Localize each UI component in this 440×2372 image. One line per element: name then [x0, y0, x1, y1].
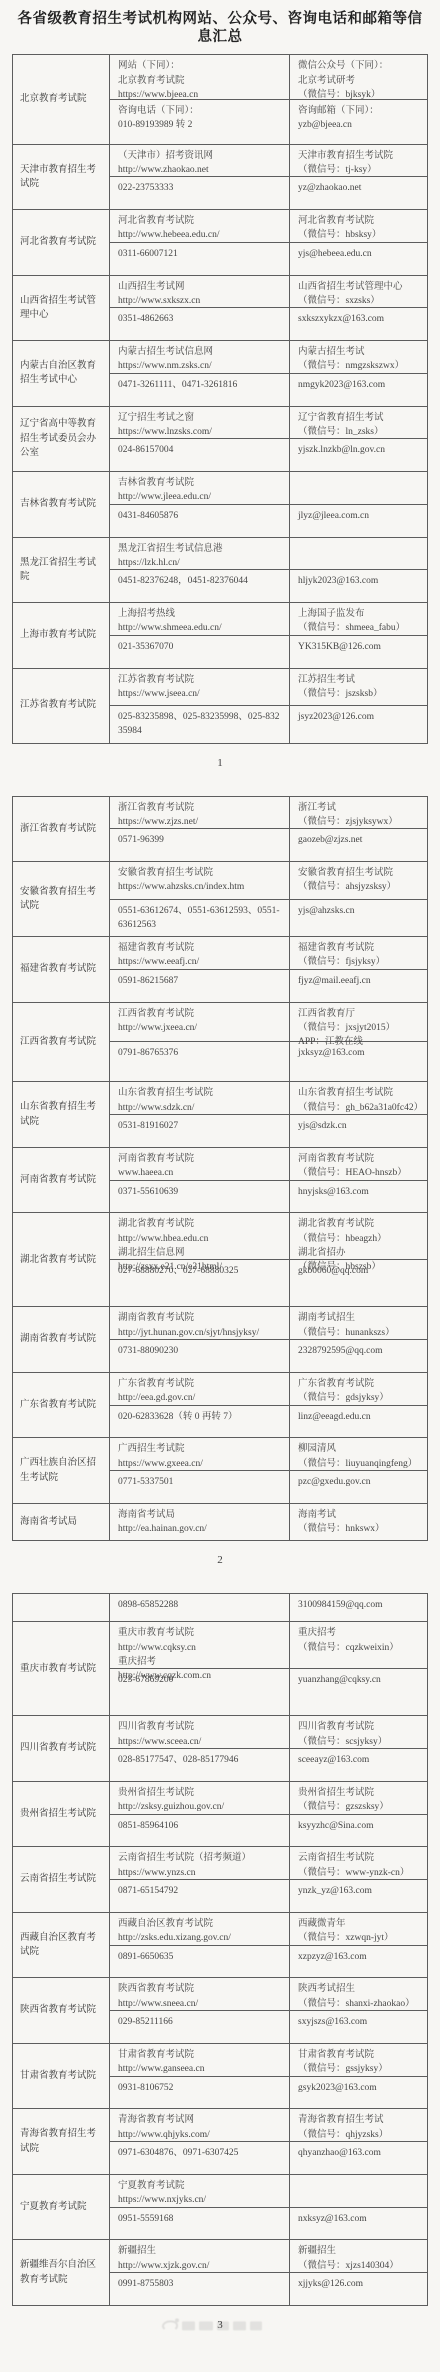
institution-name: 海南省考试局: [13, 1504, 110, 1541]
row-details: 广东省教育考试院 http://eea.gd.gov.cn/ 广东省教育考试院 …: [110, 1373, 427, 1438]
website-wechat-subrow: 广东省教育考试院 http://eea.gd.gov.cn/ 广东省教育考试院 …: [110, 1373, 427, 1406]
website-cell: 新疆招生 http://www.xjzk.gov.cn/: [110, 2240, 290, 2272]
phone-email-subrow: 咨询电话（下同）： 010-89193989 转 2 咨询邮箱（下同）： yzb…: [110, 100, 427, 144]
institution-name: 河北省教育考试院: [13, 210, 110, 275]
wechat-cell: 福建省教育考试院 （微信号：fjsjyksy）: [290, 937, 427, 969]
phone-email-subrow: 0571-96399 gaozeb@zjzs.net: [110, 829, 427, 861]
email-cell: nxksyz@163.com: [290, 2208, 427, 2240]
phone-cell: 0871-65154792: [110, 1880, 290, 1912]
table-row: 吉林省教育考试院 吉林省教育考试院 http://www.jleea.edu.c…: [13, 472, 427, 538]
wechat-cell: 四川省教育考试院 （微信号：scsjyksy）: [290, 1716, 427, 1748]
website-wechat-subrow: 湖南省教育考试院 http://jyt.hunan.gov.cn/sjyt/hn…: [110, 1307, 427, 1340]
wechat-cell: 上海国子监发布 （微信号：shmeea_fabu）: [290, 603, 427, 635]
website-cell: 山西招生考试网 http://www.sxkszx.cn: [110, 276, 290, 308]
website-wechat-subrow: 吉林省教育考试院 http://www.jleea.edu.cn/: [110, 472, 427, 505]
email-cell: gkb0060@qq.com: [290, 1260, 427, 1306]
phone-cell: 022-23753333: [110, 177, 290, 209]
website-wechat-subrow: 上海招考热线 http://www.shmeea.edu.cn/ 上海国子监发布…: [110, 603, 427, 636]
table-row: 辽宁省高中等教育招生考试委员会办公室 辽宁招生考试之窗 https://www.…: [13, 407, 427, 473]
page: 0898-65852288 3100984159@qq.com 重庆市教育考试院…: [12, 1593, 428, 2340]
website-cell: 内蒙古招生考试信息网 https://www.nm.zsks.cn/: [110, 341, 290, 373]
website-wechat-subrow: 辽宁招生考试之窗 https://www.lnzsks.com/ 辽宁省教育招生…: [110, 407, 427, 440]
institution-name: 福建省教育考试院: [13, 937, 110, 1002]
wechat-cell: 湖北省教育考试院 （微信号：hbeagzh） 湖北省招办 （微信号：hbszsb…: [290, 1213, 427, 1259]
website-wechat-subrow: 河北省教育考试院 http://www.hebeea.edu.cn/ 河北省教育…: [110, 210, 427, 243]
website-cell: 江苏省教育考试院 https://www.jseea.cn/: [110, 669, 290, 706]
row-details: 贵州省招生考试院 http://zsksy.guizhou.gov.cn/ 贵州…: [110, 1782, 427, 1847]
table-row: 福建省教育考试院 福建省教育考试院 https://www.eeafj.cn/ …: [13, 937, 427, 1003]
institution-name: 云南省招生考试院: [13, 1847, 110, 1912]
phone-cell: 027-68880270、027-68880325: [110, 1260, 290, 1306]
phone-cell: 0591-86215687: [110, 970, 290, 1002]
phone-email-subrow: 0991-8755803 xjjyks@126.com: [110, 2273, 427, 2305]
table-row: 重庆市教育考试院 重庆市教育考试院 http://www.cqksy.cn 重庆…: [13, 1622, 427, 1716]
table-row: 上海市教育考试院 上海招考热线 http://www.shmeea.edu.cn…: [13, 603, 427, 669]
row-details: 甘肃省教育考试院 http://www.ganseea.cn 甘肃省教育考试院 …: [110, 2044, 427, 2109]
phone-cell: 0551-63612674、0551-63612593、0551-6361256…: [110, 900, 290, 937]
website-cell: 辽宁招生考试之窗 https://www.lnzsks.com/: [110, 407, 290, 439]
row-details: 吉林省教育考试院 http://www.jleea.edu.cn/ 0431-8…: [110, 472, 427, 537]
table-row: 北京教育考试院 网站（下同）： 北京教育考试院 https://www.bjee…: [13, 55, 427, 144]
phone-cell: 028-85177547、028-85177946: [110, 1749, 290, 1781]
institution-name: 湖北省教育考试院: [13, 1213, 110, 1306]
website-cell: 河北省教育考试院 http://www.hebeea.edu.cn/: [110, 210, 290, 242]
row-details: 四川省教育考试院 https://www.sceea.cn/ 四川省教育考试院 …: [110, 1716, 427, 1781]
phone-cell: 0531-81916027: [110, 1115, 290, 1147]
table-row: 山西省招生考试管理中心 山西招生考试网 http://www.sxkszx.cn…: [13, 276, 427, 342]
phone-cell: 025-83235898、025-83235998、025-83235984: [110, 706, 290, 743]
website-cell: 甘肃省教育考试院 http://www.ganseea.cn: [110, 2044, 290, 2076]
website-cell: （天津市）招考资讯网 http://www.zhaokao.net: [110, 145, 290, 177]
table-row: 天津市教育招生考试院 （天津市）招考资讯网 http://www.zhaokao…: [13, 145, 427, 211]
wechat-cell: 江苏招生考试 （微信号：jszsksb）: [290, 669, 427, 706]
phone-email-subrow: 023-67869200 yuanzhang@cqksy.cn: [110, 1669, 427, 1715]
email-cell: yjs@sdzk.cn: [290, 1115, 427, 1147]
email-cell: ynzk_yz@163.com: [290, 1880, 427, 1912]
website-cell: 贵州省招生考试院 http://zsksy.guizhou.gov.cn/: [110, 1782, 290, 1814]
table-row: 河南省教育考试院 河南省教育考试院 www.haeea.cn 河南省教育考试院 …: [13, 1148, 427, 1214]
row-details: 宁夏教育考试院 https://www.nxjyks.cn/ 0951-5559…: [110, 2175, 427, 2240]
table-row: 宁夏教育考试院 宁夏教育考试院 https://www.nxjyks.cn/ 0…: [13, 2175, 427, 2241]
phone-email-subrow: 0771-5337501 pzc@gxedu.gov.cn: [110, 1471, 427, 1503]
document: 各省级教育招生考试机构网站、公众号、咨询电话和邮箱等信息汇总 北京教育考试院 网…: [0, 0, 440, 2372]
website-cell: 广东省教育考试院 http://eea.gd.gov.cn/: [110, 1373, 290, 1405]
table-row: 内蒙古自治区教育招生考试中心 内蒙古招生考试信息网 https://www.nm…: [13, 341, 427, 407]
row-details: 青海省教育考试网 http://www.qhjyks.com/ 青海省教育招生考…: [110, 2109, 427, 2174]
email-cell: gsyk2023@163.com: [290, 2077, 427, 2109]
table-row: 浙江省教育考试院 浙江省教育考试院 https://www.zjzs.net/ …: [13, 797, 427, 863]
email-cell: yjs@ahzsks.cn: [290, 900, 427, 937]
row-details: 江西省教育考试院 http://www.jxeea.cn/ 江西省教育厅 （微信…: [110, 1003, 427, 1082]
institution-name: 宁夏教育考试院: [13, 2175, 110, 2240]
email-cell: 2328792595@qq.com: [290, 1340, 427, 1372]
phone-cell: 020-62833628（转 0 再转 7）: [110, 1406, 290, 1438]
email-cell: yjs@hebeea.edu.cn: [290, 243, 427, 275]
wechat-cell: 内蒙古招生考试 （微信号：nmgzskszwx）: [290, 341, 427, 373]
phone-cell: 0431-84605876: [110, 505, 290, 537]
email-cell: jsyz2023@126.com: [290, 706, 427, 743]
row-details: 黑龙江省招生考试信息港 https://lzk.hl.cn/ 0451-8237…: [110, 538, 427, 603]
page: 浙江省教育考试院 浙江省教育考试院 https://www.zjzs.net/ …: [12, 796, 428, 1576]
phone-email-subrow: 025-83235898、025-83235998、025-83235984 j…: [110, 706, 427, 743]
email-cell: yuanzhang@cqksy.cn: [290, 1669, 427, 1715]
website-wechat-subrow: 安徽省教育招生考试院 https://www.ahzsks.cn/index.h…: [110, 862, 427, 900]
phone-cell: 0791-86765376: [110, 1042, 290, 1081]
table-row: 湖南省教育考试院 湖南省教育考试院 http://jyt.hunan.gov.c…: [13, 1307, 427, 1373]
table-row: 江苏省教育考试院 江苏省教育考试院 https://www.jseea.cn/ …: [13, 669, 427, 743]
website-cell: 重庆市教育考试院 http://www.cqksy.cn 重庆招考 http:/…: [110, 1622, 290, 1668]
institution-name: 上海市教育考试院: [13, 603, 110, 668]
website-wechat-subrow: 湖北省教育考试院 http://www.hbea.edu.cn 湖北招生信息网 …: [110, 1213, 427, 1260]
row-details: 河南省教育考试院 www.haeea.cn 河南省教育考试院 （微信号：HEAO…: [110, 1148, 427, 1213]
phone-cell: 024-86157004: [110, 439, 290, 471]
row-details: 湖南省教育考试院 http://jyt.hunan.gov.cn/sjyt/hn…: [110, 1307, 427, 1372]
email-cell: jxksyz@163.com: [290, 1042, 427, 1081]
institution-name: 吉林省教育考试院: [13, 472, 110, 537]
wechat-cell: 江西省教育厅 （微信号：jxsjyt2015） APP：江教在线: [290, 1003, 427, 1042]
phone-cell: 0991-8755803: [110, 2273, 290, 2305]
website-wechat-subrow: 青海省教育考试网 http://www.qhjyks.com/ 青海省教育招生考…: [110, 2109, 427, 2142]
row-details: 内蒙古招生考试信息网 https://www.nm.zsks.cn/ 内蒙古招生…: [110, 341, 427, 406]
institution-name: 陕西省教育考试院: [13, 1978, 110, 2043]
website-wechat-subrow: 陕西省教育考试院 http://www.sneea.cn/ 陕西考试招生 （微信…: [110, 1978, 427, 2011]
institution-name: 江苏省教育考试院: [13, 669, 110, 743]
institution-name: 安徽省教育招生考试院: [13, 862, 110, 936]
row-details: 0898-65852288 3100984159@qq.com: [110, 1594, 427, 1621]
phone-email-subrow: 0898-65852288 3100984159@qq.com: [110, 1594, 427, 1621]
page-footer: 1: [12, 748, 428, 778]
website-cell: 福建省教育考试院 https://www.eeafj.cn/: [110, 937, 290, 969]
info-table: 0898-65852288 3100984159@qq.com 重庆市教育考试院…: [12, 1593, 428, 2306]
page-footer: 2: [12, 1545, 428, 1575]
website-cell: 上海招考热线 http://www.shmeea.edu.cn/: [110, 603, 290, 635]
phone-email-subrow: 0451-82376248，0451-82376044 hljyk2023@16…: [110, 570, 427, 602]
page-number: 2: [217, 1554, 223, 1566]
website-wechat-subrow: 重庆市教育考试院 http://www.cqksy.cn 重庆招考 http:/…: [110, 1622, 427, 1669]
phone-cell: 0731-88090230: [110, 1340, 290, 1372]
row-details: 新疆招生 http://www.xjzk.gov.cn/ 新疆招生 （微信号：x…: [110, 2240, 427, 2305]
website-wechat-subrow: 云南省招生考试院（招考频道） https://www.ynzs.cn 云南省招生…: [110, 1847, 427, 1880]
website-cell: 山东省教育招生考试院 http://www.sdzk.cn/: [110, 1082, 290, 1114]
phone-cell: 0891-6650635: [110, 1946, 290, 1978]
table-row: 安徽省教育招生考试院 安徽省教育招生考试院 https://www.ahzsks…: [13, 862, 427, 937]
email-cell: yjszk.lnzkb@ln.gov.cn: [290, 439, 427, 471]
website-cell: 宁夏教育考试院 https://www.nxjyks.cn/: [110, 2175, 290, 2207]
institution-name: 广东省教育考试院: [13, 1373, 110, 1438]
row-details: 陕西省教育考试院 http://www.sneea.cn/ 陕西考试招生 （微信…: [110, 1978, 427, 2043]
website-cell: 浙江省教育考试院 https://www.zjzs.net/: [110, 797, 290, 829]
phone-cell: 0931-8106752: [110, 2077, 290, 2109]
row-details: 西藏自治区教育考试院 http://zsks.edu.xizang.gov.cn…: [110, 1913, 427, 1978]
website-cell: 湖北省教育考试院 http://www.hbea.edu.cn 湖北招生信息网 …: [110, 1213, 290, 1259]
wechat-cell: 河北省教育考试院 （微信号：hbsksy）: [290, 210, 427, 242]
wechat-cell: 山西省招生考试管理中心 （微信号：sxzsks）: [290, 276, 427, 308]
wechat-cell: 西藏微青年 （微信号：xzwqn-jyt）: [290, 1913, 427, 1945]
email-cell: 咨询邮箱（下同）： yzb@bjeea.cn: [290, 100, 427, 144]
table-row: 贵州省招生考试院 贵州省招生考试院 http://zsksy.guizhou.g…: [13, 1782, 427, 1848]
website-wechat-subrow: 江西省教育考试院 http://www.jxeea.cn/ 江西省教育厅 （微信…: [110, 1003, 427, 1043]
info-table: 浙江省教育考试院 浙江省教育考试院 https://www.zjzs.net/ …: [12, 796, 428, 1542]
phone-email-subrow: 0371-55610639 hnyjsks@163.com: [110, 1181, 427, 1213]
wechat-cell: [290, 472, 427, 504]
website-wechat-subrow: 宁夏教育考试院 https://www.nxjyks.cn/: [110, 2175, 427, 2208]
wechat-cell: 安徽省教育招生考试院 （微信号：ahsjyzsksy）: [290, 862, 427, 899]
email-cell: qhyanzhao@163.com: [290, 2142, 427, 2174]
page-footer: 3: [12, 2310, 428, 2340]
row-details: 海南省考试局 http://ea.hainan.gov.cn/ 海南考试 （微信…: [110, 1504, 427, 1541]
wechat-cell: 贵州省招生考试院 （微信号：gzszsksy）: [290, 1782, 427, 1814]
website-wechat-subrow: 浙江省教育考试院 https://www.zjzs.net/ 浙江考试 （微信号…: [110, 797, 427, 830]
phone-email-subrow: 0531-81916027 yjs@sdzk.cn: [110, 1115, 427, 1147]
wechat-cell: [290, 2175, 427, 2207]
institution-name: 新疆维吾尔自治区教育考试院: [13, 2240, 110, 2305]
table-row: 甘肃省教育考试院 甘肃省教育考试院 http://www.ganseea.cn …: [13, 2044, 427, 2110]
website-cell: 广西招生考试院 https://www.gxeea.cn/: [110, 1438, 290, 1470]
phone-cell: 0898-65852288: [110, 1594, 290, 1621]
table-row: 陕西省教育考试院 陕西省教育考试院 http://www.sneea.cn/ 陕…: [13, 1978, 427, 2044]
wechat-cell: 青海省教育招生考试 （微信号：qhjyzsks）: [290, 2109, 427, 2141]
wechat-cell: 广东省教育考试院 （微信号：gdsjyksy）: [290, 1373, 427, 1405]
institution-name: 青海省教育招生考试院: [13, 2109, 110, 2174]
phone-cell: 0951-5559168: [110, 2208, 290, 2240]
wechat-cell: 海南考试 （微信号：hnkswx）: [290, 1504, 427, 1541]
table-row: 山东省教育招生考试院 山东省教育招生考试院 http://www.sdzk.cn…: [13, 1082, 427, 1148]
website-wechat-subrow: 贵州省招生考试院 http://zsksy.guizhou.gov.cn/ 贵州…: [110, 1782, 427, 1815]
wechat-cell: 辽宁省教育招生考试 （微信号：ln_zsks）: [290, 407, 427, 439]
phone-email-subrow: 028-85177547、028-85177946 sceeayz@163.co…: [110, 1749, 427, 1781]
wechat-cell: 新疆招生 （微信号：xjzs140304）: [290, 2240, 427, 2272]
info-table: 北京教育考试院 网站（下同）： 北京教育考试院 https://www.bjee…: [12, 54, 428, 743]
phone-email-subrow: 0871-65154792 ynzk_yz@163.com: [110, 1880, 427, 1912]
phone-email-subrow: 024-86157004 yjszk.lnzkb@ln.gov.cn: [110, 439, 427, 471]
row-details: 江苏省教育考试院 https://www.jseea.cn/ 江苏招生考试 （微…: [110, 669, 427, 743]
phone-email-subrow: 0591-86215687 fjyz@mail.eeafj.cn: [110, 970, 427, 1002]
website-wechat-subrow: 海南省考试局 http://ea.hainan.gov.cn/ 海南考试 （微信…: [110, 1504, 427, 1541]
website-cell: 河南省教育考试院 www.haeea.cn: [110, 1148, 290, 1180]
institution-name: 广西壮族自治区招生考试院: [13, 1438, 110, 1503]
phone-email-subrow: 020-62833628（转 0 再转 7） linz@eeagd.edu.cn: [110, 1406, 427, 1438]
row-details: 浙江省教育考试院 https://www.zjzs.net/ 浙江考试 （微信号…: [110, 797, 427, 862]
wechat-cell: 陕西考试招生 （微信号：shanxi-zhaokao）: [290, 1978, 427, 2010]
email-cell: hnyjsks@163.com: [290, 1181, 427, 1213]
institution-name: 辽宁省高中等教育招生考试委员会办公室: [13, 407, 110, 472]
email-cell: sxyjszs@163.com: [290, 2011, 427, 2043]
row-details: 辽宁招生考试之窗 https://www.lnzsks.com/ 辽宁省教育招生…: [110, 407, 427, 472]
email-cell: nmgyk2023@163.com: [290, 374, 427, 406]
email-cell: sceeayz@163.com: [290, 1749, 427, 1781]
website-wechat-subrow: 江苏省教育考试院 https://www.jseea.cn/ 江苏招生考试 （微…: [110, 669, 427, 707]
phone-email-subrow: 021-35367070 YK315KB@126.com: [110, 636, 427, 668]
phone-cell: 0371-55610639: [110, 1181, 290, 1213]
website-cell: 西藏自治区教育考试院 http://zsks.edu.xizang.gov.cn…: [110, 1913, 290, 1945]
website-wechat-subrow: 西藏自治区教育考试院 http://zsks.edu.xizang.gov.cn…: [110, 1913, 427, 1946]
institution-name: 天津市教育招生考试院: [13, 145, 110, 210]
phone-email-subrow: 0551-63612674、0551-63612593、0551-6361256…: [110, 900, 427, 937]
email-cell: xjjyks@126.com: [290, 2273, 427, 2305]
document-title: 各省级教育招生考试机构网站、公众号、咨询电话和邮箱等信息汇总: [12, 6, 428, 54]
row-details: 云南省招生考试院（招考频道） https://www.ynzs.cn 云南省招生…: [110, 1847, 427, 1912]
phone-email-subrow: 0891-6650635 xzpzyz@163.com: [110, 1946, 427, 1978]
row-details: 网站（下同）： 北京教育考试院 https://www.bjeea.cn 微信公…: [110, 55, 427, 143]
wechat-cell: 湖南考试招生 （微信号：hunankszs）: [290, 1307, 427, 1339]
row-details: 湖北省教育考试院 http://www.hbea.edu.cn 湖北招生信息网 …: [110, 1213, 427, 1306]
phone-email-subrow: 0851-85964106 ksyyzhc@Sina.com: [110, 1815, 427, 1847]
email-cell: yz@zhaokao.net: [290, 177, 427, 209]
website-cell: 安徽省教育招生考试院 https://www.ahzsks.cn/index.h…: [110, 862, 290, 899]
phone-email-subrow: 0731-88090230 2328792595@qq.com: [110, 1340, 427, 1372]
website-wechat-subrow: 山西招生考试网 http://www.sxkszx.cn 山西省招生考试管理中心…: [110, 276, 427, 309]
email-cell: 3100984159@qq.com: [290, 1594, 427, 1621]
wechat-cell: 山东省教育招生考试院 （微信号：gh_b62a31a0fc42）: [290, 1082, 427, 1114]
institution-name: 江西省教育考试院: [13, 1003, 110, 1082]
phone-email-subrow: 0971-6304876、0971-6307425 qhyanzhao@163.…: [110, 2142, 427, 2174]
website-cell: 四川省教育考试院 https://www.sceea.cn/: [110, 1716, 290, 1748]
phone-email-subrow: 0471-3261111、0471-3261816 nmgyk2023@163.…: [110, 374, 427, 406]
phone-cell: 0851-85964106: [110, 1815, 290, 1847]
institution-name: [13, 1594, 110, 1621]
row-details: 广西招生考试院 https://www.gxeea.cn/ 柳园清风 （微信号：…: [110, 1438, 427, 1503]
website-wechat-subrow: 广西招生考试院 https://www.gxeea.cn/ 柳园清风 （微信号：…: [110, 1438, 427, 1471]
email-cell: xzpzyz@163.com: [290, 1946, 427, 1978]
institution-name: 黑龙江省招生考试院: [13, 538, 110, 603]
website-wechat-subrow: 山东省教育招生考试院 http://www.sdzk.cn/ 山东省教育招生考试…: [110, 1082, 427, 1115]
page: 北京教育考试院 网站（下同）： 北京教育考试院 https://www.bjee…: [12, 54, 428, 777]
phone-email-subrow: 0931-8106752 gsyk2023@163.com: [110, 2077, 427, 2109]
phone-cell: 0971-6304876、0971-6307425: [110, 2142, 290, 2174]
table-row: 海南省考试局 海南省考试局 http://ea.hainan.gov.cn/ 海…: [13, 1504, 427, 1541]
table-row: 0898-65852288 3100984159@qq.com: [13, 1594, 427, 1622]
institution-name: 重庆市教育考试院: [13, 1622, 110, 1715]
weibo-watermark-icon: [162, 2320, 262, 2331]
email-cell: linz@eeagd.edu.cn: [290, 1406, 427, 1438]
phone-email-subrow: 0951-5559168 nxksyz@163.com: [110, 2208, 427, 2240]
phone-cell: 021-35367070: [110, 636, 290, 668]
row-details: 上海招考热线 http://www.shmeea.edu.cn/ 上海国子监发布…: [110, 603, 427, 668]
table-row: 青海省教育招生考试院 青海省教育考试网 http://www.qhjyks.co…: [13, 2109, 427, 2175]
institution-name: 内蒙古自治区教育招生考试中心: [13, 341, 110, 406]
institution-name: 湖南省教育考试院: [13, 1307, 110, 1372]
row-details: 山东省教育招生考试院 http://www.sdzk.cn/ 山东省教育招生考试…: [110, 1082, 427, 1147]
phone-cell: 0351-4862663: [110, 308, 290, 340]
institution-name: 四川省教育考试院: [13, 1716, 110, 1781]
row-details: 安徽省教育招生考试院 https://www.ahzsks.cn/index.h…: [110, 862, 427, 936]
website-cell: 青海省教育考试网 http://www.qhjyks.com/: [110, 2109, 290, 2141]
website-wechat-subrow: 福建省教育考试院 https://www.eeafj.cn/ 福建省教育考试院 …: [110, 937, 427, 970]
table-row: 江西省教育考试院 江西省教育考试院 http://www.jxeea.cn/ 江…: [13, 1003, 427, 1083]
institution-name: 贵州省招生考试院: [13, 1782, 110, 1847]
table-row: 西藏自治区教育考试院 西藏自治区教育考试院 http://zsks.edu.xi…: [13, 1913, 427, 1979]
wechat-cell: [290, 538, 427, 570]
email-cell: jlyz@jleea.com.cn: [290, 505, 427, 537]
email-cell: pzc@gxedu.gov.cn: [290, 1471, 427, 1503]
email-cell: sxkszxykzx@163.com: [290, 308, 427, 340]
phone-email-subrow: 022-23753333 yz@zhaokao.net: [110, 177, 427, 209]
institution-name: 北京教育考试院: [13, 55, 110, 143]
institution-name: 山西省招生考试管理中心: [13, 276, 110, 341]
table-row: 云南省招生考试院 云南省招生考试院（招考频道） https://www.ynzs…: [13, 1847, 427, 1913]
email-cell: YK315KB@126.com: [290, 636, 427, 668]
phone-cell: 0451-82376248，0451-82376044: [110, 570, 290, 602]
website-wechat-subrow: 四川省教育考试院 https://www.sceea.cn/ 四川省教育考试院 …: [110, 1716, 427, 1749]
table-row: 广东省教育考试院 广东省教育考试院 http://eea.gd.gov.cn/ …: [13, 1373, 427, 1439]
website-cell: 吉林省教育考试院 http://www.jleea.edu.cn/: [110, 472, 290, 504]
website-cell: 云南省招生考试院（招考频道） https://www.ynzs.cn: [110, 1847, 290, 1879]
phone-cell: 0771-5337501: [110, 1471, 290, 1503]
website-wechat-subrow: 河南省教育考试院 www.haeea.cn 河南省教育考试院 （微信号：HEAO…: [110, 1148, 427, 1181]
wechat-cell: 河南省教育考试院 （微信号：HEAO-hnszb）: [290, 1148, 427, 1180]
table-row: 四川省教育考试院 四川省教育考试院 https://www.sceea.cn/ …: [13, 1716, 427, 1782]
pages: 北京教育考试院 网站（下同）： 北京教育考试院 https://www.bjee…: [12, 54, 428, 2340]
wechat-cell: 云南省招生考试院 （微信号：www-ynzk-cn）: [290, 1847, 427, 1879]
wechat-cell: 微信公众号（下同）： 北京考试研考 （微信号：bjksyk）: [290, 55, 427, 99]
wechat-cell: 甘肃省教育考试院 （微信号：gssjyksy）: [290, 2044, 427, 2076]
phone-cell: 023-67869200: [110, 1669, 290, 1715]
phone-cell: 咨询电话（下同）： 010-89193989 转 2: [110, 100, 290, 144]
institution-name: 甘肃省教育考试院: [13, 2044, 110, 2109]
wechat-cell: 天津市教育招生考试院 （微信号：tj-ksy）: [290, 145, 427, 177]
website-cell: 网站（下同）： 北京教育考试院 https://www.bjeea.cn: [110, 55, 290, 99]
table-row: 广西壮族自治区招生考试院 广西招生考试院 https://www.gxeea.c…: [13, 1438, 427, 1504]
website-wechat-subrow: 内蒙古招生考试信息网 https://www.nm.zsks.cn/ 内蒙古招生…: [110, 341, 427, 374]
website-cell: 陕西省教育考试院 http://www.sneea.cn/: [110, 1978, 290, 2010]
row-details: （天津市）招考资讯网 http://www.zhaokao.net 天津市教育招…: [110, 145, 427, 210]
website-cell: 黑龙江省招生考试信息港 https://lzk.hl.cn/: [110, 538, 290, 570]
row-details: 重庆市教育考试院 http://www.cqksy.cn 重庆招考 http:/…: [110, 1622, 427, 1715]
email-cell: hljyk2023@163.com: [290, 570, 427, 602]
website-wechat-subrow: 网站（下同）： 北京教育考试院 https://www.bjeea.cn 微信公…: [110, 55, 427, 100]
website-wechat-subrow: 新疆招生 http://www.xjzk.gov.cn/ 新疆招生 （微信号：x…: [110, 2240, 427, 2273]
phone-email-subrow: 0351-4862663 sxkszxykzx@163.com: [110, 308, 427, 340]
email-cell: fjyz@mail.eeafj.cn: [290, 970, 427, 1002]
email-cell: gaozeb@zjzs.net: [290, 829, 427, 861]
website-wechat-subrow: 黑龙江省招生考试信息港 https://lzk.hl.cn/: [110, 538, 427, 571]
phone-email-subrow: 0431-84605876 jlyz@jleea.com.cn: [110, 505, 427, 537]
email-cell: ksyyzhc@Sina.com: [290, 1815, 427, 1847]
page-number: 1: [217, 757, 223, 769]
table-row: 河北省教育考试院 河北省教育考试院 http://www.hebeea.edu.…: [13, 210, 427, 276]
row-details: 山西招生考试网 http://www.sxkszx.cn 山西省招生考试管理中心…: [110, 276, 427, 341]
phone-email-subrow: 0791-86765376 jxksyz@163.com: [110, 1042, 427, 1081]
website-wechat-subrow: （天津市）招考资讯网 http://www.zhaokao.net 天津市教育招…: [110, 145, 427, 178]
phone-cell: 0571-96399: [110, 829, 290, 861]
row-details: 河北省教育考试院 http://www.hebeea.edu.cn/ 河北省教育…: [110, 210, 427, 275]
phone-email-subrow: 0311-66007121 yjs@hebeea.edu.cn: [110, 243, 427, 275]
institution-name: 西藏自治区教育考试院: [13, 1913, 110, 1978]
website-wechat-subrow: 甘肃省教育考试院 http://www.ganseea.cn 甘肃省教育考试院 …: [110, 2044, 427, 2077]
website-cell: 海南省考试局 http://ea.hainan.gov.cn/: [110, 1504, 290, 1541]
table-row: 湖北省教育考试院 湖北省教育考试院 http://www.hbea.edu.cn…: [13, 1213, 427, 1307]
phone-cell: 0311-66007121: [110, 243, 290, 275]
wechat-cell: 柳园清风 （微信号：liuyuanqingfeng）: [290, 1438, 427, 1470]
table-row: 新疆维吾尔自治区教育考试院 新疆招生 http://www.xjzk.gov.c…: [13, 2240, 427, 2305]
phone-email-subrow: 029-85211166 sxyjszs@163.com: [110, 2011, 427, 2043]
phone-cell: 029-85211166: [110, 2011, 290, 2043]
page-number: 3: [217, 2319, 223, 2331]
institution-name: 山东省教育招生考试院: [13, 1082, 110, 1147]
wechat-cell: 浙江考试 （微信号：zjsjyksywx）: [290, 797, 427, 829]
phone-email-subrow: 027-68880270、027-68880325 gkb0060@qq.com: [110, 1260, 427, 1306]
website-cell: 湖南省教育考试院 http://jyt.hunan.gov.cn/sjyt/hn…: [110, 1307, 290, 1339]
table-row: 黑龙江省招生考试院 黑龙江省招生考试信息港 https://lzk.hl.cn/…: [13, 538, 427, 604]
phone-cell: 0471-3261111、0471-3261816: [110, 374, 290, 406]
website-cell: 江西省教育考试院 http://www.jxeea.cn/: [110, 1003, 290, 1042]
institution-name: 浙江省教育考试院: [13, 797, 110, 862]
wechat-cell: 重庆招考 （微信号：cqzkweixin）: [290, 1622, 427, 1668]
institution-name: 河南省教育考试院: [13, 1148, 110, 1213]
row-details: 福建省教育考试院 https://www.eeafj.cn/ 福建省教育考试院 …: [110, 937, 427, 1002]
